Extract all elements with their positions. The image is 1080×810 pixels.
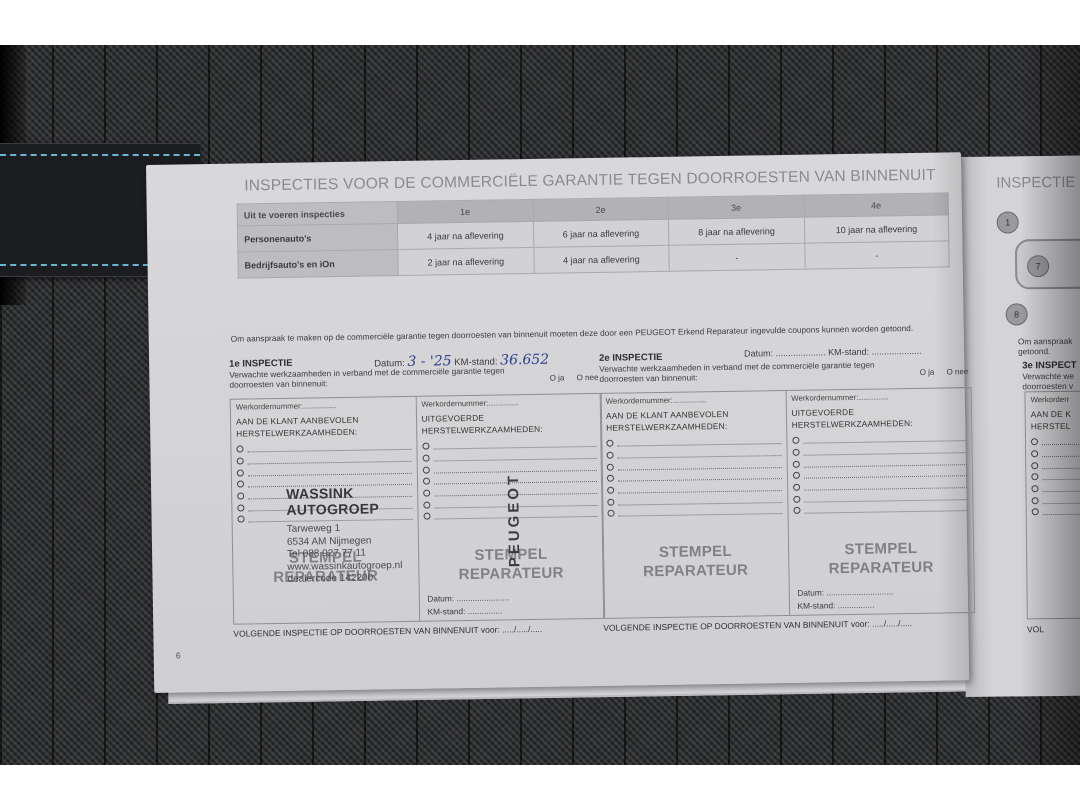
table-cell: - — [669, 243, 805, 271]
circle-checkbox-icon — [607, 510, 614, 517]
booklet-page-right: INSPECTIE 1 7 8 Om aanspraak getoond. 3e… — [960, 155, 1080, 697]
checklist — [606, 435, 782, 520]
dotted-line — [804, 505, 968, 515]
page-title: INSPECTIE — [996, 174, 1075, 192]
inspection-schedule-table: Uit te voeren inspecties 1e 2e 3e 4e Per… — [237, 192, 950, 278]
stamp-placeholder: STEMPEL REPARATEUR — [603, 541, 788, 582]
circle-checkbox-icon — [792, 449, 799, 456]
circle-checkbox-icon — [607, 475, 614, 482]
table-header: 1e — [397, 199, 533, 223]
table-cell: 4 jaar na aflevering — [397, 221, 533, 249]
dealer-stamp: WASSINK AUTOGROEP Tarweweg 1 6534 AM Nij… — [286, 483, 478, 586]
circle-checkbox-icon — [238, 516, 245, 523]
circle-checkbox-icon — [236, 446, 243, 453]
dotted-line — [433, 452, 597, 462]
circle-checkbox-icon — [422, 466, 429, 473]
circle-checkbox-icon — [237, 458, 244, 465]
checklist-item — [1032, 505, 1080, 518]
checklist-item — [607, 505, 782, 519]
checklist — [1031, 435, 1080, 518]
circle-checkbox-icon — [1031, 474, 1038, 481]
checklist-item — [1032, 494, 1080, 507]
workorder-field: Werkordernummer:.................. — [791, 391, 966, 403]
dotted-line — [803, 458, 967, 468]
circle-checkbox-icon — [1032, 509, 1039, 516]
table-cell: 6 jaar na aflevering — [533, 219, 669, 247]
dotted-line — [248, 455, 412, 465]
circle-checkbox-icon — [607, 498, 614, 505]
dotted-line — [618, 508, 782, 518]
option-yes: O ja — [920, 368, 935, 377]
checklist-item — [1031, 447, 1080, 460]
stamp-fields: Datum: ............................. KM-… — [797, 585, 893, 613]
circle-checkbox-icon — [1031, 462, 1038, 469]
option-no: O nee — [946, 367, 968, 376]
table-header: 2e — [533, 197, 669, 221]
column-heading: UITGEVOERDE HERSTELWERKZAAMHEDEN: — [791, 404, 966, 431]
dotted-line — [803, 446, 967, 456]
dotted-line — [1042, 461, 1080, 469]
row-label: Bedrijfsauto's en iOn — [238, 250, 398, 279]
row-label: Personenauto's — [237, 224, 397, 253]
checklist-item — [1031, 435, 1080, 448]
circle-checkbox-icon — [237, 469, 244, 476]
circle-checkbox-icon — [793, 507, 800, 514]
checklist-item — [1031, 482, 1080, 495]
datum-field: Datum: ............................. — [797, 585, 893, 600]
dotted-line — [618, 461, 782, 471]
date-km-line: Datum: .................... KM-stand: ..… — [744, 346, 922, 359]
key-icon — [1015, 238, 1080, 289]
intro-text: Om aanspraak getoond. — [1018, 336, 1073, 357]
inspection-coupon-2: 2e INSPECTIE Datum: ....................… — [599, 345, 974, 384]
circle-checkbox-icon — [422, 443, 429, 450]
callout-badge: 8 — [1006, 303, 1028, 325]
table-header: Uit te voeren inspecties — [237, 202, 397, 227]
circle-checkbox-icon — [607, 452, 614, 459]
inspection-title: 2e INSPECTIE — [599, 352, 663, 364]
dotted-line — [803, 434, 967, 444]
dotted-line — [804, 493, 968, 503]
key-diagram: 1 7 8 — [991, 210, 1080, 321]
dotted-line — [1043, 508, 1080, 516]
circle-checkbox-icon — [606, 440, 613, 447]
column-heading: AAN DE KLANT AANBEVOLEN HERSTELWERKZAAMH… — [606, 407, 781, 434]
circle-checkbox-icon — [422, 455, 429, 462]
page-number: 6 — [176, 651, 181, 661]
dotted-line — [803, 470, 967, 480]
table-cell: 4 jaar na aflevering — [533, 245, 669, 273]
workorder-field: Werkordernummer:.................... — [236, 400, 411, 412]
option-no: O nee — [577, 373, 599, 382]
next-inspection-line: VOLGENDE INSPECTIE OP DOORROESTEN VAN BI… — [233, 624, 542, 639]
option-yes: O ja — [550, 373, 565, 382]
workorder-field: Werkordernummer:.................... — [606, 394, 781, 406]
circle-checkbox-icon — [237, 504, 244, 511]
next-inspection-line: VOLGENDE INSPECTIE OP DOORROESTEN VAN BI… — [603, 618, 912, 633]
brand-stamp: PEUGEOT — [505, 473, 523, 568]
checklist-item — [1031, 470, 1080, 483]
stamp-placeholder: STEMPEL REPARATEUR — [788, 538, 973, 579]
callout-badge: 1 — [997, 211, 1019, 233]
circle-checkbox-icon — [237, 481, 244, 488]
dotted-line — [248, 467, 412, 477]
circle-checkbox-icon — [1032, 497, 1039, 504]
photo: INSPECTIE 1 7 8 Om aanspraak getoond. 3e… — [0, 45, 1080, 765]
checklist-item — [1031, 459, 1080, 472]
circle-checkbox-icon — [793, 496, 800, 503]
form-box: Werkorderr AAN DE K HERSTEL — [1024, 390, 1080, 619]
date-value: 3 - '25 — [407, 353, 451, 370]
dotted-line — [804, 481, 968, 491]
dotted-line — [618, 449, 782, 459]
circle-checkbox-icon — [792, 472, 799, 479]
km-value: 36.652 — [500, 352, 549, 369]
column-heading: AAN DE K HERSTEL — [1031, 407, 1080, 432]
circle-checkbox-icon — [792, 460, 799, 467]
dotted-line — [618, 496, 782, 506]
dotted-line — [1042, 437, 1080, 445]
table-cell: 8 jaar na aflevering — [669, 217, 805, 245]
intro-text: Om aanspraak te maken op de commerciële … — [231, 322, 951, 343]
next-inspection-line: VOL — [1027, 624, 1044, 634]
stitching — [0, 154, 200, 156]
dotted-line — [433, 464, 597, 474]
date-km-line: Datum: 3 - '25 KM-stand: 36.652 — [374, 352, 549, 371]
inspection-title: 1e INSPECTIE — [229, 358, 293, 370]
dotted-line — [1042, 449, 1080, 457]
inspection-description: Verwachte we doorroesten v — [1022, 372, 1074, 392]
circle-checkbox-icon — [607, 487, 614, 494]
stamp-fields: Datum: ....................... KM-stand:… — [427, 591, 509, 618]
circle-checkbox-icon — [1031, 485, 1038, 492]
checklist-item — [793, 502, 968, 516]
dotted-line — [247, 443, 411, 453]
workorder-field: Werkorderr — [1030, 394, 1080, 404]
circle-checkbox-icon — [607, 463, 614, 470]
dotted-line — [618, 472, 782, 482]
date-value: .................... — [775, 347, 825, 358]
circle-checkbox-icon — [793, 484, 800, 491]
performed-repairs-column: Werkordernummer:.................. UITGE… — [785, 388, 974, 615]
dotted-line — [1043, 496, 1080, 504]
datum-field: Datum: ....................... — [427, 591, 509, 605]
table-cell: - — [804, 241, 949, 269]
form-box: Werkordernummer:.................... AAN… — [600, 387, 976, 619]
circle-checkbox-icon — [1031, 439, 1038, 446]
circle-checkbox-icon — [237, 493, 244, 500]
dotted-line — [1042, 473, 1080, 481]
km-field: KM-stand: ............... — [427, 604, 509, 618]
yes-no-choice: O ja O nee — [910, 367, 969, 377]
circle-checkbox-icon — [1031, 450, 1038, 457]
column-heading: AAN DE KLANT AANBEVOLEN HERSTELWERKZAAMH… — [236, 413, 411, 440]
yes-no-choice: O ja O nee — [540, 373, 599, 383]
recommended-repairs-column: Werkordernummer:.................... AAN… — [601, 391, 789, 618]
column-heading: UITGEVOERDE HERSTELWERKZAAMHEDEN: — [421, 410, 596, 437]
inspection-title: 3e INSPECT — [1022, 360, 1077, 372]
dotted-line — [617, 437, 781, 447]
page-title: INSPECTIES VOOR DE COMMERCIËLE GARANTIE … — [244, 166, 944, 195]
inspection-coupon-1: 1e INSPECTIE Datum: 3 - '25 KM-stand: 36… — [229, 351, 604, 390]
km-value: .................... — [872, 346, 922, 357]
circle-checkbox-icon — [792, 437, 799, 444]
booklet-page-left: INSPECTIES VOOR DE COMMERCIËLE GARANTIE … — [146, 152, 969, 693]
workorder-field: Werkordernummer:.................. — [421, 397, 596, 409]
table-cell: 2 jaar na aflevering — [398, 247, 534, 275]
dotted-line — [1042, 484, 1080, 492]
table-cell: 10 jaar na aflevering — [804, 215, 949, 243]
table-header: 3e — [668, 195, 804, 219]
table-header: 4e — [804, 193, 949, 217]
dotted-line — [433, 440, 597, 450]
dotted-line — [618, 484, 782, 494]
checklist — [792, 432, 968, 517]
km-field: KM-stand: ................ — [797, 598, 893, 613]
callout-badge: 7 — [1027, 255, 1049, 277]
